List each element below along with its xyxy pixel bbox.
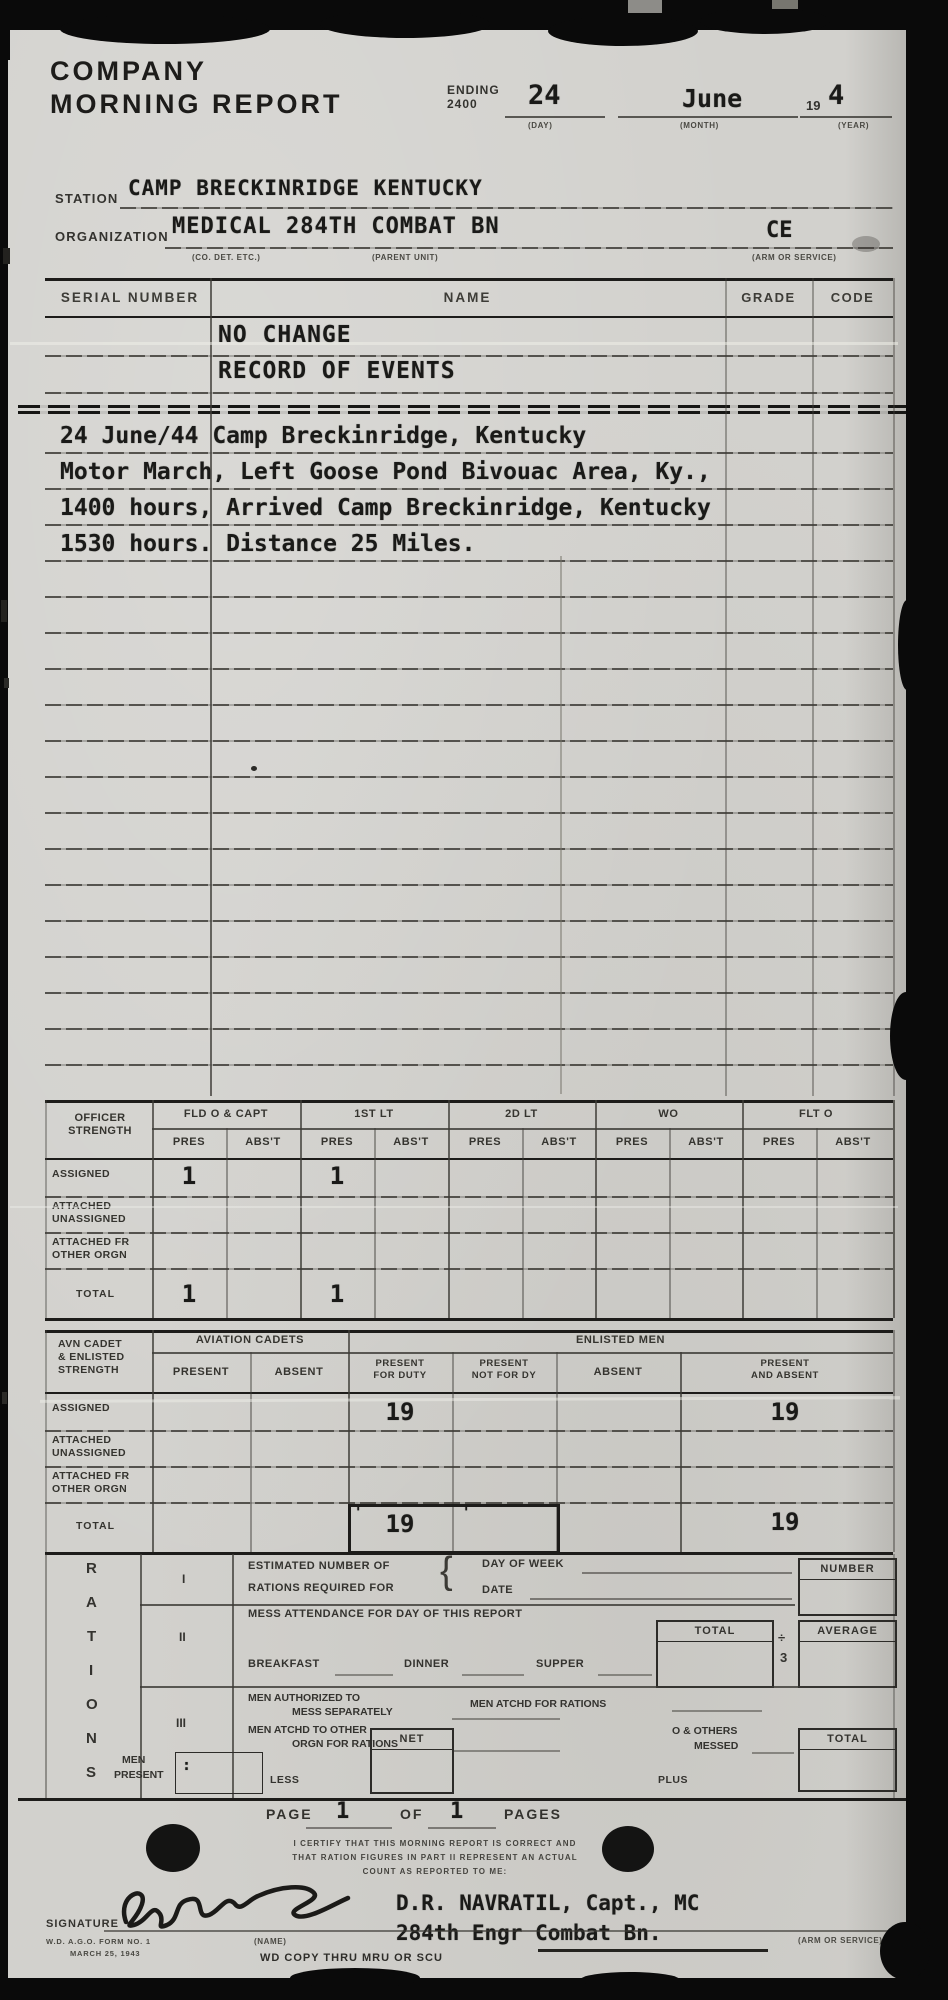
scan-border-corner [0, 0, 10, 60]
messed-label: MESSED [694, 1740, 738, 1752]
scan-border-blob [320, 10, 490, 38]
certification-line: I CERTIFY THAT THIS MORNING REPORT IS CO… [235, 1837, 635, 1851]
officer-table-title: STRENGTH [52, 1125, 148, 1138]
rule-line [45, 1430, 893, 1432]
enlisted-cell: 19 [348, 1510, 452, 1538]
scan-border-blob [580, 1972, 680, 1988]
o-and-others-label: O & OTHERS [672, 1725, 737, 1737]
rule-line [45, 848, 893, 850]
rations-total-box: TOTAL [798, 1728, 897, 1792]
breakfast-label: BREAKFAST [248, 1658, 320, 1670]
form-title-line2: MORNING REPORT [50, 89, 343, 120]
scan-border-blob [898, 600, 916, 690]
rule-line [152, 1352, 893, 1354]
rule-line [45, 278, 893, 281]
rule-line [800, 116, 892, 118]
number-box: NUMBER [798, 1558, 897, 1616]
day-value: 24 [528, 80, 561, 111]
event-line: Motor March, Left Goose Pond Bivouac Are… [60, 459, 711, 485]
page-number: 1 [336, 1799, 349, 1824]
rations-letter: R [86, 1560, 97, 1577]
group-flt-o: FLT O [742, 1108, 890, 1120]
column-divider [725, 278, 727, 1096]
divide-by-three: 3 [780, 1650, 787, 1665]
arm-service-sublabel: (ARM OR SERVICE) [752, 253, 837, 262]
form-number: W.D. A.G.O. FORM NO. 1 [46, 1937, 151, 1946]
row-label-attached-fr-other: OTHER ORGN [52, 1483, 130, 1496]
of-label: OF [400, 1806, 423, 1822]
enlisted-table-title: AVN CADET [58, 1338, 124, 1351]
enlisted-cell: 19 [680, 1398, 890, 1426]
officer-table-title: OFFICER [52, 1112, 148, 1125]
rule-line [45, 560, 893, 562]
scan-scratch [10, 1206, 898, 1208]
arm-service-sublabel: (ARM OR SERVICE) [798, 1936, 883, 1945]
net-box: NET [370, 1728, 454, 1794]
column-divider [210, 278, 212, 1096]
rule-line [538, 1949, 768, 1952]
station-label: STATION [55, 191, 119, 206]
plus-label: PLUS [658, 1774, 688, 1786]
rule-line [165, 247, 893, 249]
subcol-present-for-duty: PRESENT [348, 1358, 452, 1370]
rule-line [45, 704, 893, 706]
rule-line [335, 1674, 393, 1676]
column-divider [893, 1100, 895, 1318]
scan-border-notch [628, 0, 662, 13]
net-box-label: NET [372, 1730, 452, 1750]
scan-border-blob [880, 1922, 930, 1980]
mess-total-box-label: TOTAL [658, 1622, 772, 1642]
men-atchd-to-other-label: MEN ATCHD TO OTHER [248, 1724, 367, 1736]
handwritten-signature [108, 1876, 358, 1938]
subcol-pres: PRES [152, 1136, 226, 1148]
row-label-total: TOTAL [76, 1520, 115, 1533]
officer-cell: 1 [300, 1162, 374, 1190]
row-label-assigned: ASSIGNED [52, 1402, 110, 1415]
rations-letter: O [86, 1696, 98, 1713]
rule-line [45, 1196, 893, 1198]
rations-total-box-label: TOTAL [800, 1730, 895, 1750]
day-of-week-label: DAY OF WEEK [482, 1558, 564, 1570]
column-divider [250, 1352, 252, 1552]
brace-glyph: { [440, 1550, 453, 1593]
subcol-abst: ABS'T [522, 1136, 596, 1148]
form-title-line1: COMPANY [50, 56, 207, 87]
column-divider [893, 278, 895, 1096]
column-divider [45, 1330, 47, 1552]
rule-line [582, 1572, 792, 1574]
roster-entry-record-of-events: RECORD OF EVENTS [218, 358, 456, 384]
column-divider [448, 1100, 450, 1318]
rule-line [45, 1318, 893, 1321]
pages-label: PAGES [504, 1806, 562, 1822]
scan-speck [1, 600, 7, 622]
name-sublabel: (NAME) [254, 1937, 286, 1946]
rations-part-numeral: I [182, 1572, 185, 1586]
subcol-present-not-for-dy: NOT FOR DY [452, 1370, 556, 1382]
rule-line [45, 1466, 893, 1468]
station-value: CAMP BRECKINRIDGE KENTUCKY [128, 176, 483, 200]
rations-part-numeral: II [179, 1630, 186, 1644]
column-divider [374, 1128, 376, 1318]
typed-signature-unit: 284th Engr Combat Bn. [396, 1921, 662, 1945]
rule-line [45, 1028, 893, 1030]
scan-border-blob [548, 16, 698, 46]
number-box-label: NUMBER [800, 1560, 895, 1580]
rule-line [45, 355, 893, 357]
col-name: NAME [210, 290, 725, 305]
enlisted-cell: 19 [680, 1508, 890, 1536]
ending-label: ENDING [447, 83, 500, 97]
average-box: AVERAGE [798, 1620, 897, 1688]
scan-border-blob [700, 8, 830, 34]
rations-label: RATIONS REQUIRED FOR [248, 1582, 394, 1594]
tick-mark: ' [462, 1505, 470, 1521]
rule-line [598, 1674, 652, 1676]
subcol-avn-present: PRESENT [152, 1366, 250, 1378]
rule-line [452, 1718, 560, 1720]
less-label: LESS [270, 1774, 299, 1786]
rule-line [530, 1598, 792, 1600]
scan-border-blob [890, 992, 922, 1080]
ending-time: 2400 [447, 97, 478, 111]
rule-line [752, 1752, 794, 1754]
rule-line [45, 488, 893, 490]
event-line: 24 June/44 Camp Breckinridge, Kentucky [60, 423, 586, 449]
rule-line [428, 1827, 496, 1829]
subcol-pres: PRES [595, 1136, 669, 1148]
rule-line [45, 776, 893, 778]
pages-total: 1 [450, 1799, 463, 1824]
enlisted-table-title: STRENGTH [58, 1364, 124, 1377]
wd-copy-note: WD COPY THRU MRU OR SCU [260, 1952, 443, 1964]
rule-line [45, 740, 893, 742]
rule-line [45, 632, 893, 634]
rations-letter: I [89, 1662, 93, 1679]
group-fld-o-capt: FLD O & CAPT [152, 1108, 300, 1120]
subcol-pres: PRES [300, 1136, 374, 1148]
officer-cell: 1 [152, 1162, 226, 1190]
row-label-attached-unassigned: UNASSIGNED [52, 1213, 126, 1226]
rule-line [18, 411, 908, 414]
mess-separately-label: MESS SEPARATELY [292, 1706, 393, 1718]
rations-letter: N [86, 1730, 97, 1747]
row-label-total: TOTAL [76, 1288, 115, 1301]
subcol-present-and-absent: PRESENT [680, 1358, 890, 1370]
rule-line [45, 1268, 893, 1270]
rations-label: ESTIMATED NUMBER OF [248, 1560, 390, 1572]
row-label-attached-fr-other: OTHER ORGN [52, 1249, 130, 1262]
unit-sublabel: (CO. DET. ETC.) [192, 253, 261, 262]
group-wo: WO [595, 1108, 742, 1120]
row-label-assigned: ASSIGNED [52, 1168, 110, 1181]
column-divider [893, 1330, 895, 1552]
rule-line [45, 1100, 893, 1103]
column-divider [595, 1100, 597, 1318]
group-2d-lt: 2D LT [448, 1108, 595, 1120]
mess-attendance-label: MESS ATTENDANCE FOR DAY OF THIS REPORT [248, 1608, 522, 1620]
men-authorized-label: MEN AUTHORIZED TO [248, 1692, 360, 1704]
enlisted-table-title: & ENLISTED [58, 1351, 124, 1364]
rule-line [672, 1710, 762, 1712]
date-label: DATE [482, 1584, 513, 1596]
subcol-pres: PRES [448, 1136, 522, 1148]
scan-border-notch [772, 0, 798, 9]
rule-line [140, 1604, 795, 1606]
year-typed: 4 [828, 80, 844, 111]
officer-cell: 1 [152, 1280, 226, 1308]
subcol-absent: ABSENT [556, 1366, 680, 1378]
scan-speck [3, 248, 10, 264]
rations-part-numeral: III [176, 1716, 186, 1730]
rule-line [45, 956, 893, 958]
subcol-present-and-absent: AND ABSENT [680, 1370, 890, 1382]
men-present-label: PRESENT [114, 1769, 164, 1781]
signature-label: SIGNATURE [46, 1918, 119, 1930]
column-divider [226, 1128, 228, 1318]
rule-line [45, 1064, 893, 1066]
rule-line [45, 920, 893, 922]
column-divider [816, 1128, 818, 1318]
col-grade: GRADE [725, 290, 812, 305]
subcol-avn-absent: ABSENT [250, 1366, 348, 1378]
event-line: 1530 hours. Distance 25 Miles. [60, 531, 475, 557]
col-code: CODE [812, 290, 893, 305]
rule-line [45, 524, 893, 526]
column-divider [742, 1100, 744, 1318]
rule-line [45, 1232, 893, 1234]
enlisted-cell: 19 [348, 1398, 452, 1426]
scan-scratch [10, 342, 898, 345]
certification-text: I CERTIFY THAT THIS MORNING REPORT IS CO… [235, 1837, 635, 1879]
scan-smudge [852, 236, 880, 252]
subcol-abst: ABS'T [669, 1136, 743, 1148]
typed-colon: : [182, 1756, 191, 1774]
average-box-label: AVERAGE [800, 1622, 895, 1642]
rule-line [120, 207, 893, 209]
officer-cell: 1 [300, 1280, 374, 1308]
typed-signature-name: D.R. NAVRATIL, Capt., MC [396, 1891, 699, 1915]
signature-rule-line [104, 1930, 893, 1932]
event-line: 1400 hours, Arrived Camp Breckinridge, K… [60, 495, 711, 521]
month-value: June [682, 84, 742, 113]
rule-line [140, 1686, 893, 1688]
rule-line [18, 405, 908, 408]
rule-line [45, 884, 893, 886]
row-label-attached-unassigned: UNASSIGNED [52, 1447, 126, 1460]
subcol-abst: ABS'T [816, 1136, 890, 1148]
column-divider [152, 1330, 154, 1552]
rule-line [45, 668, 893, 670]
subcol-abst: ABS'T [226, 1136, 300, 1148]
row-label-attached-unassigned: ATTACHED [52, 1434, 126, 1447]
certification-line: THAT RATION FIGURES IN PART II REPRESENT… [235, 1851, 635, 1865]
subcol-present-for-duty: FOR DUTY [348, 1370, 452, 1382]
rule-line [306, 1827, 392, 1829]
scan-border-blob [60, 14, 270, 44]
month-label: (MONTH) [680, 121, 719, 130]
rations-letter: A [86, 1594, 97, 1611]
rule-line [45, 316, 893, 318]
scan-speck [4, 678, 9, 688]
rule-line [462, 1674, 524, 1676]
rule-line [45, 596, 893, 598]
rule-line [45, 812, 893, 814]
subcol-abst: ABS'T [374, 1136, 448, 1148]
day-label: (DAY) [528, 121, 552, 130]
arm-service-value: CE [766, 218, 793, 243]
dinner-label: DINNER [404, 1658, 449, 1670]
group-aviation-cadets: AVIATION CADETS [152, 1334, 348, 1346]
rule-line [45, 452, 893, 454]
parent-unit-sublabel: (PARENT UNIT) [372, 253, 438, 262]
men-atchd-for-rations-label: MEN ATCHD FOR RATIONS [470, 1698, 606, 1710]
year-prefix: 19 [806, 98, 820, 113]
page-label: PAGE [266, 1806, 313, 1822]
organization-value: MEDICAL 284TH COMBAT BN [172, 214, 500, 239]
punch-hole [146, 1824, 200, 1872]
scan-border-bottom [0, 1978, 948, 2000]
column-divider [45, 1100, 47, 1318]
scan-border-blob [290, 1968, 420, 1988]
section-border [45, 1554, 47, 1798]
rule-line [45, 392, 893, 394]
divide-sign: ÷ [778, 1630, 785, 1645]
group-enlisted-men: ENLISTED MEN [348, 1334, 893, 1346]
rule-line [45, 1158, 893, 1160]
column-divider [812, 278, 814, 1096]
subcol-pres: PRES [742, 1136, 816, 1148]
rule-line [618, 116, 798, 118]
subcol-present-not-for-dy: PRESENT [452, 1358, 556, 1370]
rule-line [505, 116, 605, 118]
men-present-label: MEN [122, 1754, 145, 1766]
rule-line [45, 1330, 893, 1333]
rule-line [45, 992, 893, 994]
scanned-morning-report: COMPANY MORNING REPORT ENDING 2400 24 (D… [0, 0, 948, 2000]
year-label: (YEAR) [838, 121, 869, 130]
organization-label: ORGANIZATION [55, 229, 169, 244]
scan-speck [2, 1392, 7, 1404]
paper-crease [560, 556, 562, 1094]
rule-line [45, 1392, 893, 1394]
row-label-attached-fr-other: ATTACHED FR [52, 1470, 130, 1483]
rations-letter: S [86, 1764, 96, 1781]
group-1st-lt: 1ST LT [300, 1108, 448, 1120]
supper-label: SUPPER [536, 1658, 584, 1670]
form-date: MARCH 25, 1943 [70, 1949, 140, 1958]
rule-line [452, 1750, 560, 1752]
ink-speck [251, 766, 257, 771]
column-divider [522, 1128, 524, 1318]
row-label-attached-fr-other: ATTACHED FR [52, 1236, 130, 1249]
col-serial-number: SERIAL NUMBER [55, 290, 205, 305]
mess-total-box: TOTAL [656, 1620, 774, 1688]
column-divider [669, 1128, 671, 1318]
rations-letter: T [87, 1628, 96, 1645]
